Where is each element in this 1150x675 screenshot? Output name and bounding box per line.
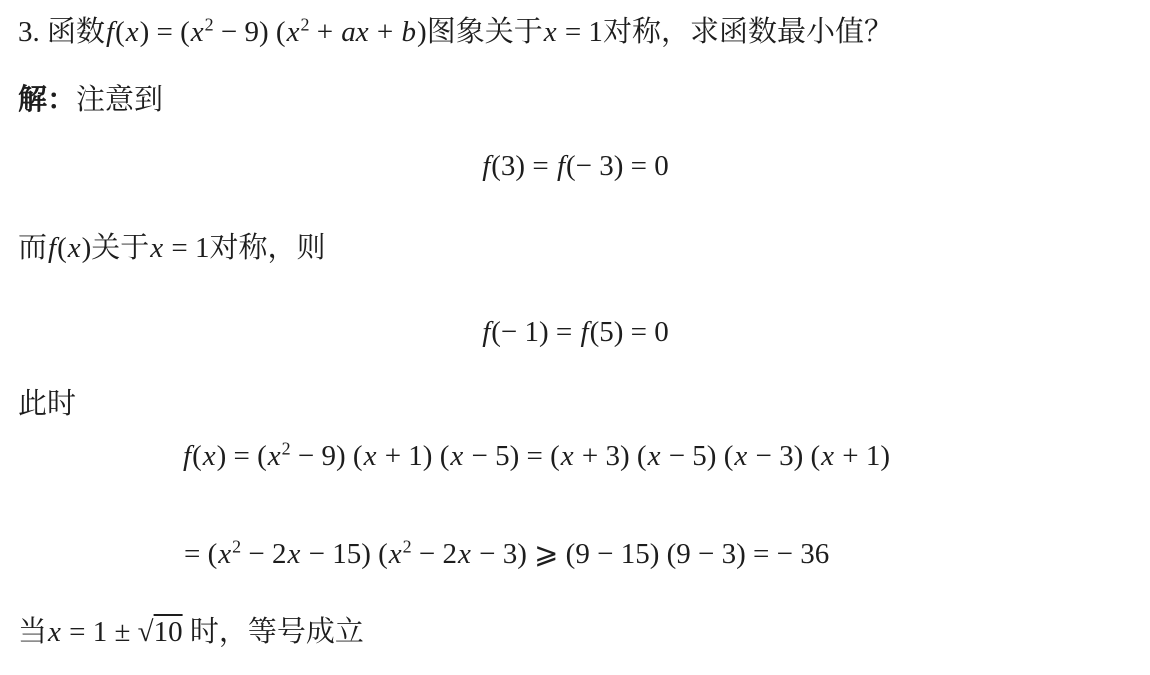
problem-statement: 3. 函数f(x) = (x2 − 9) (x2 + ax + b)图象关于x … bbox=[18, 14, 893, 50]
equation-fneg1-f5: f(− 1) = f(5) = 0 bbox=[0, 314, 1150, 350]
then-label: 此时 bbox=[18, 386, 76, 422]
equation-minimum-value: = (x2 − 2x − 15) (x2 − 2x − 3) ⩾ (9 − 15… bbox=[184, 536, 829, 572]
equation-factored-form: f(x) = (x2 − 9) (x + 1) (x − 5) = (x + 3… bbox=[182, 438, 890, 474]
symmetry-statement: 而f(x)关于x = 1对称，则 bbox=[18, 230, 326, 266]
solution-intro: 解：注意到 bbox=[18, 82, 163, 118]
equation-f3-f-neg3: f(3) = f(− 3) = 0 bbox=[0, 148, 1150, 184]
math-solution-document: 3. 函数f(x) = (x2 − 9) (x2 + ax + b)图象关于x … bbox=[0, 0, 1150, 675]
conclusion-statement: 当x = 1 ± √10 时，等号成立 bbox=[18, 614, 364, 650]
